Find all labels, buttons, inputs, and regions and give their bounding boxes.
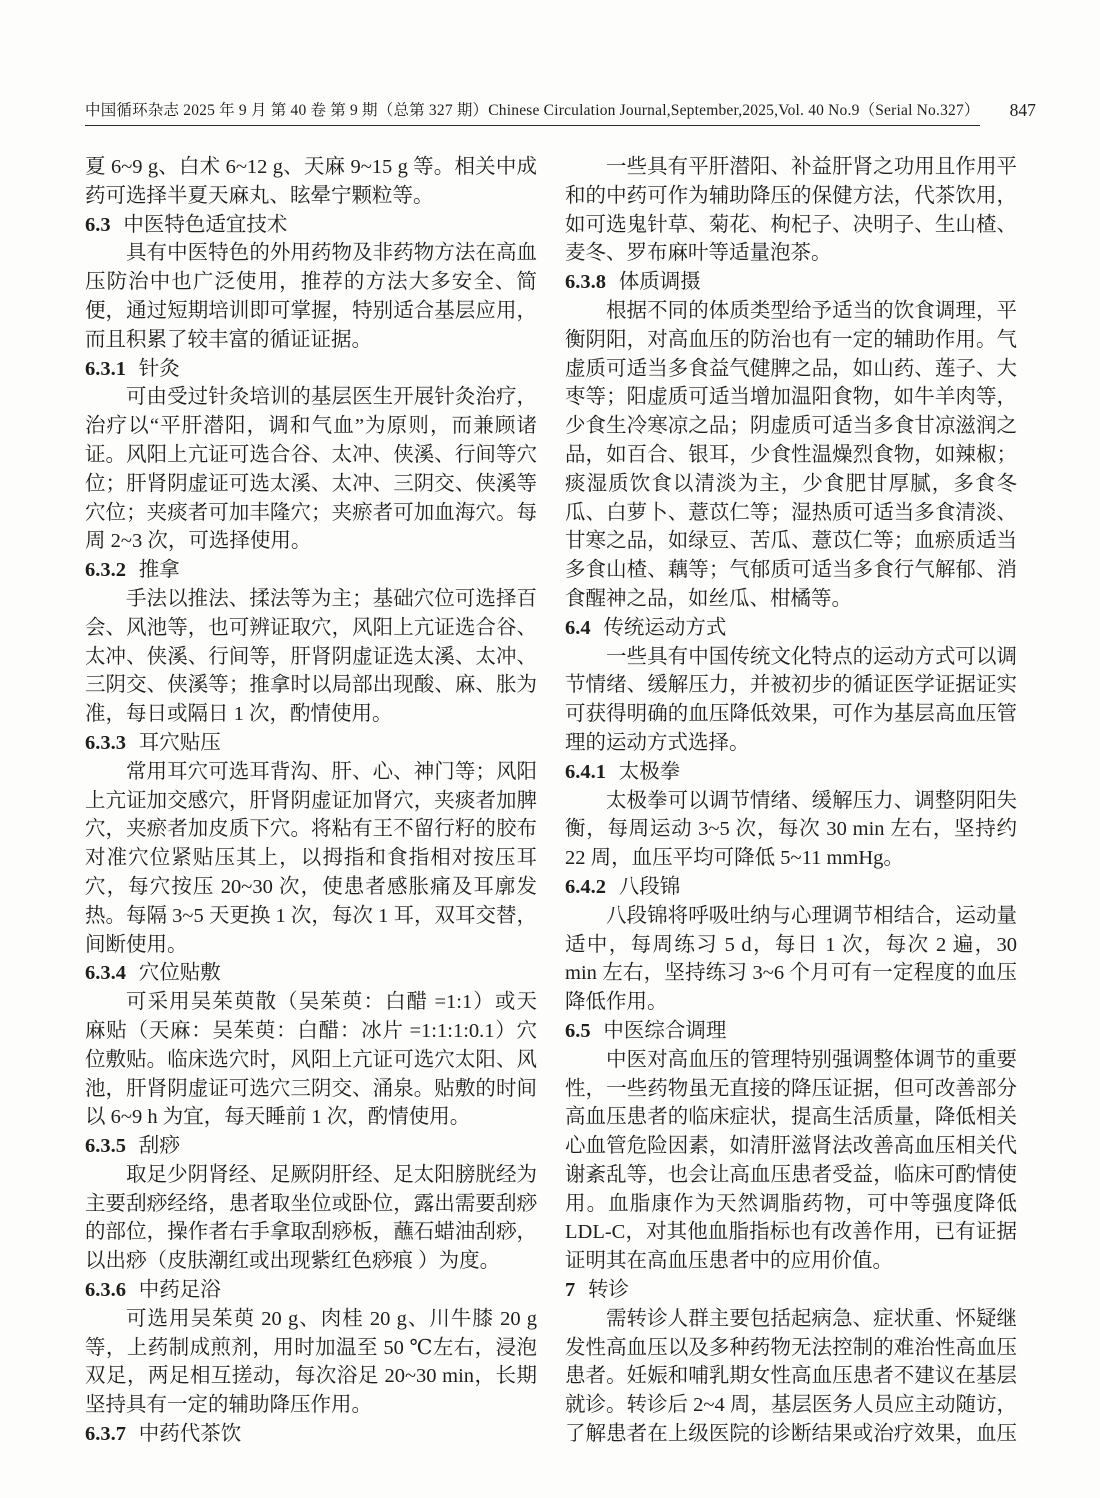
section-title: 太极拳 (619, 761, 681, 783)
section-title: 体质调摄 (619, 271, 701, 293)
section-title: 穴位贴敷 (139, 962, 221, 984)
paragraph: 可由受过针灸培训的基层医生开展针灸治疗，治疗以“平肝潜阳，调和气血”为原则，而兼… (85, 383, 537, 556)
paragraph: 中医对高血压的管理特别强调整体调节的重要性，一些药物虽无直接的降压证据，但可改善… (565, 1046, 1017, 1276)
paragraph: 需转诊人群主要包括起病急、症状重、怀疑继发性高血压以及多种药物无法控制的难治性高… (565, 1305, 1017, 1448)
paragraph: 一些具有平肝潜阳、补益肝肾之功用且作用平和的中药可作为辅助降压的保健方法，代茶饮… (565, 153, 1017, 268)
two-column-body: 夏 6~9 g、白术 6~12 g、天麻 9~15 g 等。相关中成药可选择半夏… (85, 153, 1017, 1448)
section-number: 6.3.2 (85, 559, 126, 581)
left-column: 夏 6~9 g、白术 6~12 g、天麻 9~15 g 等。相关中成药可选择半夏… (85, 153, 537, 1448)
section-number: 6.3.7 (85, 1423, 126, 1445)
page-header: 中国循环杂志 2025 年 9 月 第 40 卷 第 9 期（总第 327 期）… (85, 100, 1022, 126)
section-heading-6.4.2: 6.4.2八段锦 (565, 873, 1017, 902)
section-heading-6.3.2: 6.3.2推拿 (85, 556, 537, 585)
section-heading-6.4.1: 6.4.1太极拳 (565, 758, 1017, 787)
section-heading-6.3.5: 6.3.5刮痧 (85, 1132, 537, 1161)
section-number: 6.5 (565, 1020, 591, 1042)
page-number: 847 (980, 100, 1036, 126)
section-number: 6.3.5 (85, 1135, 126, 1157)
section-heading-6.3.3: 6.3.3耳穴贴压 (85, 729, 537, 758)
paragraph: 夏 6~9 g、白术 6~12 g、天麻 9~15 g 等。相关中成药可选择半夏… (85, 153, 537, 211)
section-number: 6.3 (85, 214, 111, 236)
section-heading-6.3.8: 6.3.8体质调摄 (565, 268, 1017, 297)
section-heading-6.3: 6.3中医特色适宜技术 (85, 211, 537, 240)
section-title: 针灸 (139, 358, 180, 380)
section-title: 中医综合调理 (603, 1020, 726, 1042)
section-title: 中药代茶饮 (139, 1423, 242, 1445)
section-title: 转诊 (588, 1279, 629, 1301)
section-number: 6.3.4 (85, 962, 126, 984)
section-number: 6.3.3 (85, 732, 126, 754)
section-title: 推拿 (139, 559, 180, 581)
section-heading-6.3.1: 6.3.1针灸 (85, 355, 537, 384)
paragraph: 八段锦将呼吸吐纳与心理调节相结合，运动量适中，每周练习 5 d，每日 1 次，每… (565, 902, 1017, 1017)
section-title: 中药足浴 (139, 1279, 221, 1301)
section-number: 6.4.1 (565, 761, 606, 783)
section-title: 传统运动方式 (603, 617, 726, 639)
section-number: 6.4 (565, 617, 591, 639)
section-number: 6.3.1 (85, 358, 126, 380)
paragraph: 太极拳可以调节情绪、缓解压力、调整阴阳失衡，每周运动 3~5 次，每次 30 m… (565, 787, 1017, 873)
paragraph: 取足少阴肾经、足厥阴肝经、足太阳膀胱经为主要刮痧经络，患者取坐位或卧位，露出需要… (85, 1161, 537, 1276)
paragraph: 根据不同的体质类型给予适当的饮食调理，平衡阴阳，对高血压的防治也有一定的辅助作用… (565, 297, 1017, 614)
section-title: 耳穴贴压 (139, 732, 221, 754)
section-heading-6.3.6: 6.3.6中药足浴 (85, 1276, 537, 1305)
section-number: 6.3.6 (85, 1279, 126, 1301)
paragraph: 可选用吴茱萸 20 g、肉桂 20 g、川牛膝 20 g 等，上药制成煎剂，用时… (85, 1305, 537, 1420)
section-heading-6.3.7: 6.3.7中药代茶饮 (85, 1420, 537, 1448)
paragraph: 可采用吴茱萸散（吴茱萸：白醋 =1:1）或天麻贴（天麻：吴茱萸：白醋：冰片 =1… (85, 988, 537, 1132)
section-number: 7 (565, 1279, 575, 1301)
section-heading-6.4: 6.4传统运动方式 (565, 614, 1017, 643)
journal-header-line: 中国循环杂志 2025 年 9 月 第 40 卷 第 9 期（总第 327 期）… (85, 101, 980, 126)
paragraph: 具有中医特色的外用药物及非药物方法在高血压防治中也广泛使用，推荐的方法大多安全、… (85, 239, 537, 354)
section-title: 刮痧 (139, 1135, 180, 1157)
section-number: 6.4.2 (565, 876, 606, 898)
section-heading-7: 7转诊 (565, 1276, 1017, 1305)
section-title: 八段锦 (619, 876, 681, 898)
section-heading-6.5: 6.5中医综合调理 (565, 1017, 1017, 1046)
journal-page: 中国循环杂志 2025 年 9 月 第 40 卷 第 9 期（总第 327 期）… (0, 0, 1100, 1498)
section-heading-6.3.4: 6.3.4穴位贴敷 (85, 959, 537, 988)
paragraph: 手法以推法、揉法等为主；基础穴位可选择百会、风池等，也可辨证取穴，风阳上亢证选合… (85, 585, 537, 729)
paragraph: 常用耳穴可选耳背沟、肝、心、神门等；风阳上亢证加交感穴，肝肾阴虚证加肾穴，夹痰者… (85, 758, 537, 960)
section-number: 6.3.8 (565, 271, 606, 293)
right-column: 一些具有平肝潜阳、补益肝肾之功用且作用平和的中药可作为辅助降压的保健方法，代茶饮… (565, 153, 1017, 1448)
paragraph: 一些具有中国传统文化特点的运动方式可以调节情绪、缓解压力，并被初步的循证医学证据… (565, 643, 1017, 758)
section-title: 中医特色适宜技术 (123, 214, 287, 236)
